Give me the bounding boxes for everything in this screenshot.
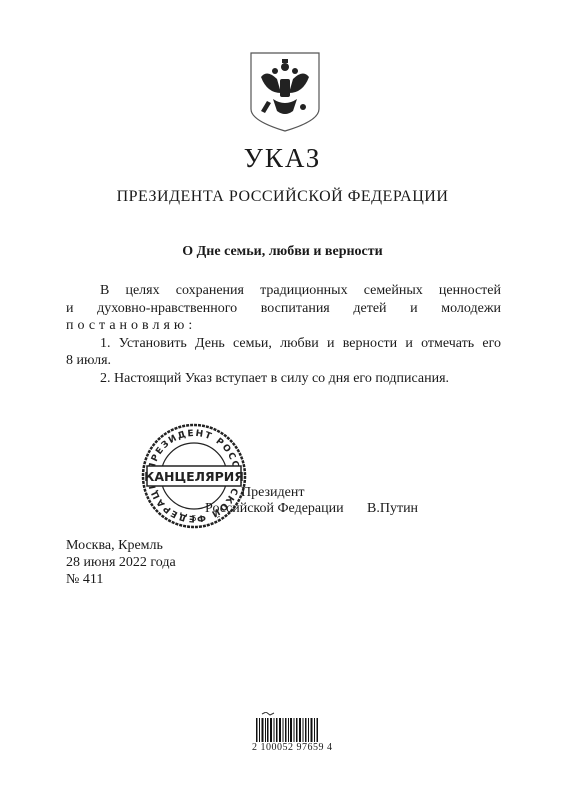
item-2: 2. Настоящий Указ вступает в силу со дня…	[66, 370, 501, 388]
body-line-2: и духовно-нравственного воспитания детей…	[66, 300, 501, 318]
date: 28 июня 2022 года	[66, 554, 176, 571]
body-line-3: постановляю:	[66, 317, 501, 335]
item-1-line-1: 1. Установить День семьи, любви и вернос…	[66, 335, 501, 353]
decree-number: № 411	[66, 571, 176, 588]
body-line-1: В целях сохранения традиционных семейных…	[66, 282, 501, 300]
place: Москва, Кремль	[66, 537, 176, 554]
signature-position-line-1: Президент	[241, 485, 304, 501]
item-1-line-2: 8 июля.	[66, 352, 501, 370]
signature-position-line-2: Российской Федерации	[205, 501, 344, 517]
decree-heading: О Дне семьи, любви и верности	[0, 244, 565, 260]
document-subtitle: ПРЕЗИДЕНТА РОССИЙСКОЙ ФЕДЕРАЦИИ	[0, 188, 565, 206]
barcode-number: 2 100052 97659 4	[252, 742, 333, 753]
decree-body: В целях сохранения традиционных семейных…	[66, 282, 501, 387]
document-title: УКАЗ	[0, 143, 565, 174]
signatory-name: В.Путин	[367, 501, 418, 517]
svg-text:КАНЦЕЛЯРИЯ: КАНЦЕЛЯРИЯ	[144, 469, 244, 484]
barcode-icon	[254, 712, 322, 742]
svg-text:5: 5	[191, 514, 196, 523]
place-date-block: Москва, Кремль 28 июня 2022 года № 411	[66, 537, 176, 588]
coat-of-arms-emblem-icon	[247, 49, 323, 133]
